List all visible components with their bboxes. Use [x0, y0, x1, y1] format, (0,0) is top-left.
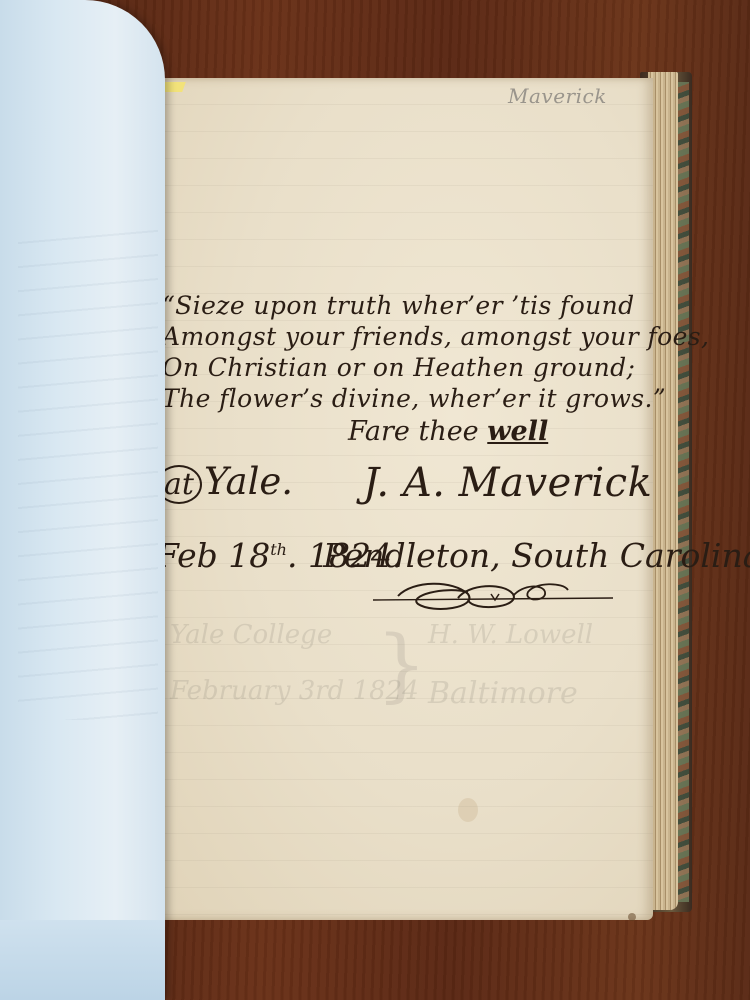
farewell-text: Fare thee	[348, 416, 479, 447]
pencil-annotation: Maverick	[508, 84, 607, 108]
date-month-day: Feb 18	[156, 536, 270, 575]
verse-line-4: The flower’s divine, wher’er it grows.”	[162, 383, 709, 414]
showthrough-text: H. W. Lowell	[428, 620, 593, 650]
paper-spot	[628, 913, 636, 921]
album-page-right: Maverick “Sieze upon truth wher’er ’tis …	[158, 78, 653, 920]
left-page-showthrough	[18, 220, 158, 720]
verse-line-3: On Christian or on Heathen ground;	[162, 352, 709, 383]
place-line: atYale.	[156, 460, 293, 504]
album-page-left-turned	[0, 0, 165, 1000]
verse-block: “Sieze upon truth wher’er ’tis found Amo…	[162, 290, 709, 414]
calligraphic-flourish-icon	[373, 578, 633, 618]
left-page-bottom-edge	[0, 920, 165, 1000]
farewell-line: Fare thee well	[348, 416, 548, 447]
farewell-emphasis: well	[487, 416, 548, 447]
date-suffix: th	[270, 540, 287, 559]
signature: J. A. Maverick	[363, 460, 652, 506]
verse-line-1: “Sieze upon truth wher’er ’tis found	[162, 290, 709, 321]
paper-stain	[458, 798, 478, 822]
verse-line-2: Amongst your friends, amongst your foes,	[162, 321, 709, 352]
showthrough-brace-icon: }	[376, 618, 427, 711]
hometown: Pendleton, South Carolina	[323, 536, 750, 575]
place-name: Yale.	[204, 460, 293, 503]
showthrough-text: Yale College	[170, 620, 332, 650]
showthrough-text: Baltimore	[428, 676, 578, 711]
